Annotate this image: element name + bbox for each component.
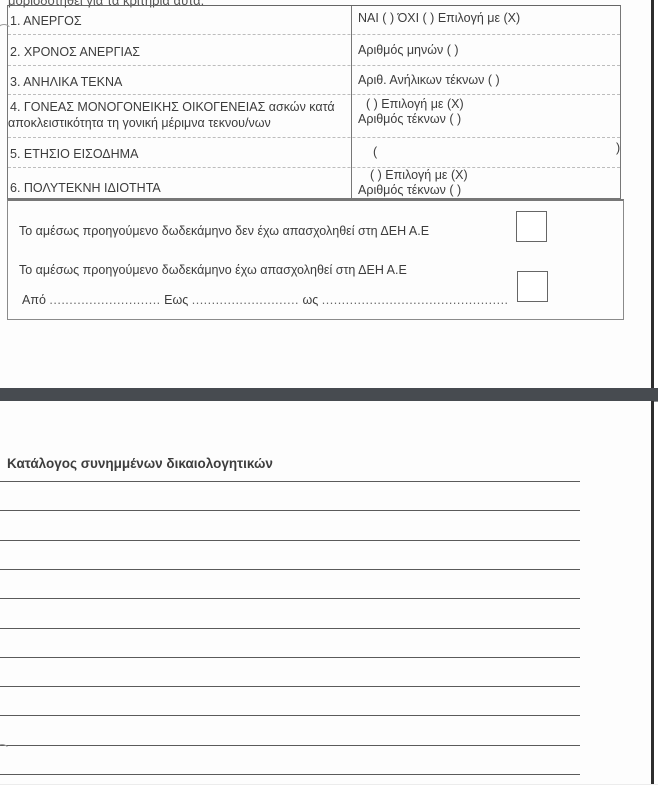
criteria-label: 4. ΓΟΝΕΑΣ ΜΟΝΟΓΟΝΕΙΚΗΣ ΟΙΚΟΓΕΝΕΙΑΣ ασκών… (10, 100, 335, 114)
not-employed-checkbox[interactable] (516, 211, 547, 242)
attachment-blank-line[interactable] (0, 686, 580, 687)
criteria-value-field[interactable]: ( ) Επιλογή με (Χ) (366, 97, 464, 111)
to-field[interactable]: ........................... (192, 293, 299, 307)
document-page-2: Κατάλογος συνημμένων δικαιολογητικών (0, 401, 654, 784)
employed-checkbox[interactable] (517, 271, 548, 302)
from-field[interactable]: ............................ (49, 293, 160, 307)
attachments-heading: Κατάλογος συνημμένων δικαιολογητικών (7, 456, 273, 471)
criteria-value-field[interactable]: Αριθ. Ανήλικων τέκνων ( ) (358, 73, 500, 87)
as-label: ως (303, 293, 319, 307)
document-page-1: μοριοδοτηθεί για τα κριτήρια αυτά. 1. ΑΝ… (0, 0, 654, 388)
attachment-blank-line[interactable] (0, 774, 580, 775)
criteria-value-field[interactable]: ΝΑΙ ( ) ΌΧΙ ( ) Επιλογή με (Χ) (358, 11, 520, 25)
criteria-table: 1. ΑΝΕΡΓΟΣ ΝΑΙ ( ) ΌΧΙ ( ) Επιλογή με (Χ… (7, 5, 621, 199)
criteria-row-single-parent: 4. ΓΟΝΕΑΣ ΜΟΝΟΓΟΝΕΙΚΗΣ ΟΙΚΟΓΕΝΕΙΑΣ ασκών… (8, 94, 620, 138)
criteria-row-minor-children: 3. ΑΝΗΛΙΚΑ ΤΕΚΝΑ Αριθ. Ανήλικων τέκνων (… (8, 65, 620, 95)
criteria-value-field[interactable]: Αριθμός μηνών ( ) (358, 43, 459, 57)
criteria-value-field[interactable]: ( ) Επιλογή με (Χ) (370, 168, 468, 182)
attachment-blank-line[interactable] (0, 628, 580, 629)
attachment-blank-line[interactable] (0, 510, 580, 511)
criteria-value-field-line2[interactable]: Αριθμός τέκνων ( ) (358, 112, 461, 126)
from-label: Από (22, 293, 46, 307)
criteria-value-field-line2[interactable]: Αριθμός τέκνων ( ) (358, 183, 461, 197)
page-separator (0, 388, 658, 402)
attachment-blank-line[interactable] (0, 569, 580, 570)
criteria-label: 5. ΕΤΗΣΙΟ ΕΙΣΟΔΗΜΑ (10, 147, 138, 161)
employment-period-row: Από ............................ Εως ...… (22, 293, 509, 307)
attachment-blank-line[interactable] (0, 540, 580, 541)
page-corner-mark-icon (0, 744, 10, 760)
criteria-row-large-family: 6. ΠΟΛΥΤΕΚΝΗ ΙΔΙΟΤΗΤΑ ( ) Επιλογή με (Χ)… (8, 167, 620, 198)
not-employed-statement: Το αμέσως προηγούμενο δωδεκάμηνο δεν έχω… (19, 224, 429, 238)
criteria-label: 6. ΠΟΛΥΤΕΚΝΗ ΙΔΙΟΤΗΤΑ (10, 181, 161, 195)
criteria-row-unemployment-time: 2. ΧΡΟΝΟΣ ΑΝΕΡΓΙΑΣ Αριθμός μηνών ( ) (8, 34, 620, 66)
attachment-blank-line[interactable] (0, 745, 580, 746)
viewer-bottom-strip (0, 784, 658, 800)
criteria-value-field[interactable]: ( (373, 145, 377, 159)
criteria-value-end: ) (616, 141, 620, 155)
criteria-label: 1. ΑΝΕΡΓΟΣ (10, 14, 82, 28)
attachment-blank-line[interactable] (0, 657, 580, 658)
criteria-label-line2: αποκλειστικότητα τη γονική μέριμνα τεκνο… (8, 116, 271, 130)
criteria-label: 3. ΑΝΗΛΙΚΑ ΤΕΚΝΑ (10, 75, 122, 89)
attachment-blank-line[interactable] (0, 481, 580, 482)
as-field[interactable]: ........................................… (322, 293, 509, 307)
employed-statement: Το αμέσως προηγούμενο δωδεκάμηνο έχω απα… (19, 263, 407, 277)
attachment-blank-line[interactable] (0, 715, 580, 716)
criteria-row-annual-income: 5. ΕΤΗΣΙΟ ΕΙΣΟΔΗΜΑ ( ) (8, 137, 620, 168)
criteria-row-unemployed: 1. ΑΝΕΡΓΟΣ ΝΑΙ ( ) ΌΧΙ ( ) Επιλογή με (Χ… (8, 6, 620, 35)
attachment-blank-line[interactable] (0, 598, 580, 599)
to-label: Εως (164, 293, 188, 307)
employment-section: Το αμέσως προηγούμενο δωδεκάμηνο δεν έχω… (7, 199, 624, 320)
criteria-label: 2. ΧΡΟΝΟΣ ΑΝΕΡΓΙΑΣ (10, 45, 140, 59)
